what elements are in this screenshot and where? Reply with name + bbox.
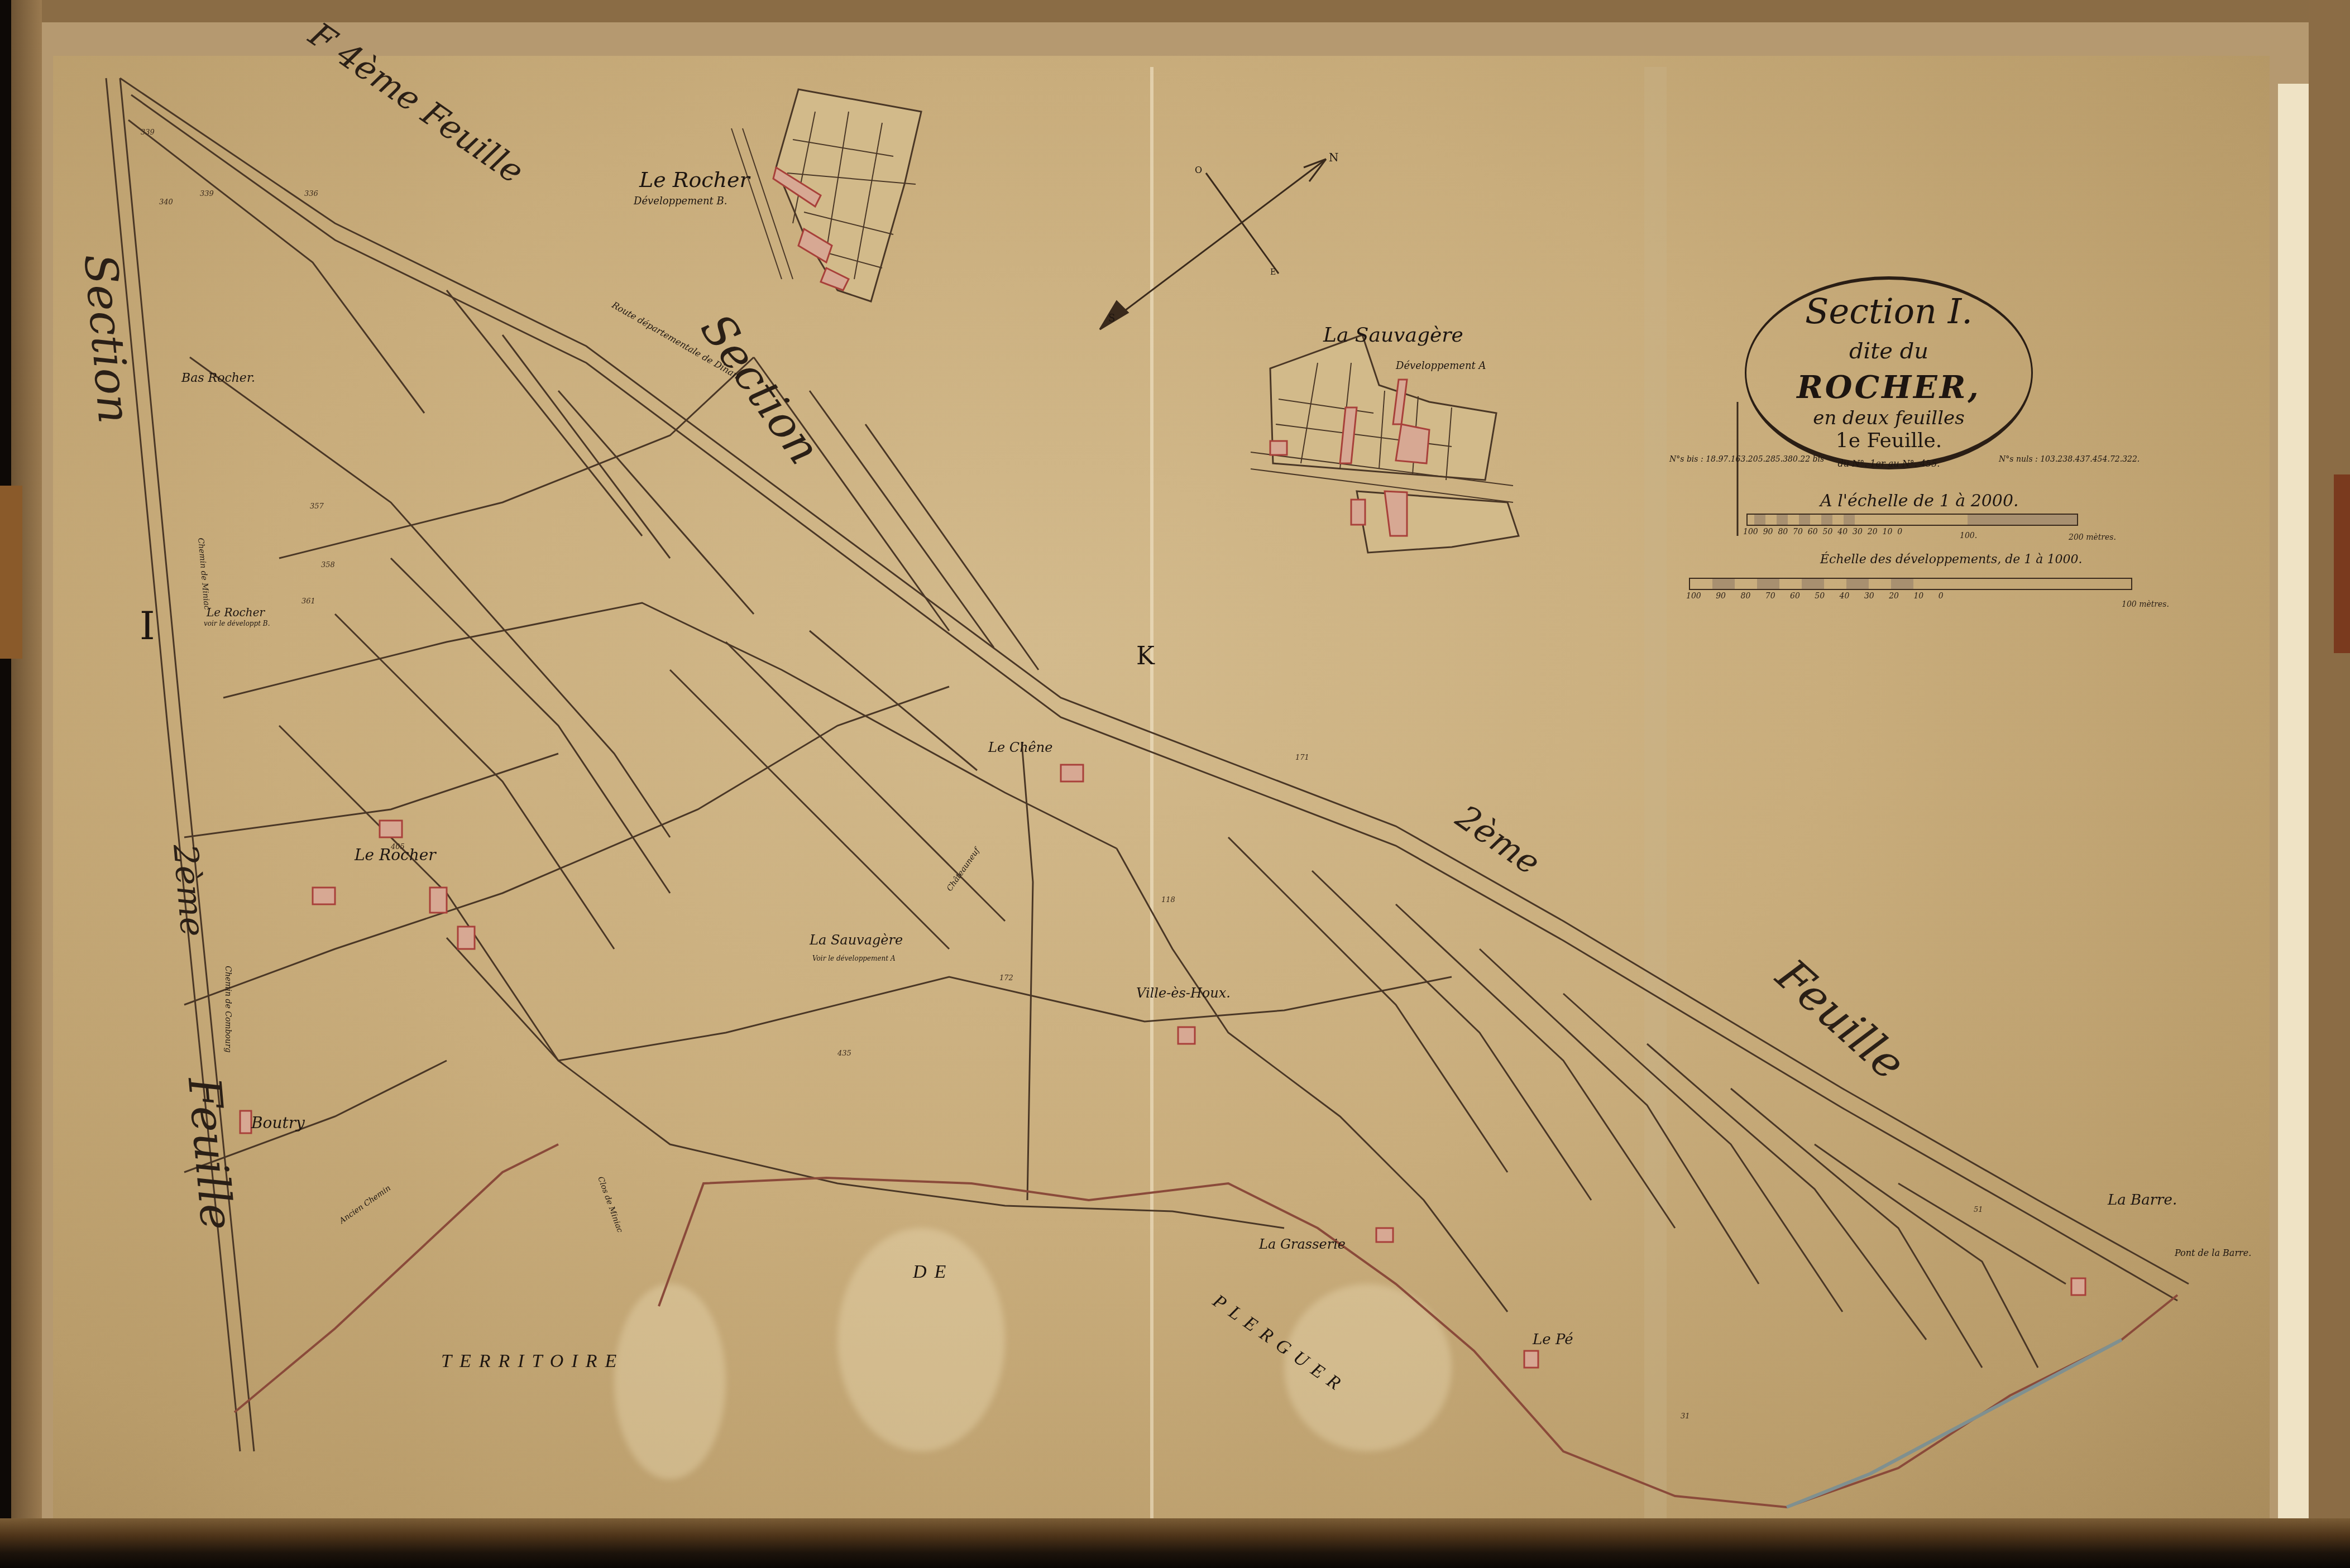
- parcel-number: 435: [837, 1049, 851, 1058]
- parcel-number: 336: [304, 190, 318, 198]
- road-label-combourg: Chemin de Combourg: [223, 966, 232, 1052]
- compass-west-label: O: [1195, 165, 1202, 175]
- parcel-number: 340: [159, 198, 173, 207]
- compass-east-label: E: [1270, 268, 1276, 277]
- place-pont-de-la-barre: Pont de la Barre.: [2175, 1248, 2251, 1258]
- dev-a-title: La Sauvagère: [1323, 324, 1463, 347]
- parcel-bis-note: N°s bis : 18.97.163.205.285.380.22 bis: [1669, 455, 1824, 464]
- parcel-number: 339: [200, 190, 214, 198]
- compass-north-label: N: [1329, 151, 1339, 164]
- parcel-number: 361: [301, 597, 315, 606]
- cartouche-dite-du: dite du: [1746, 338, 2031, 364]
- scale-dev-ticks: 100 90 80 70 60 50 40 30 20 10 0: [1686, 592, 1944, 601]
- territory-word-de: DE: [913, 1262, 954, 1283]
- dev-b-title: Le Rocher: [639, 167, 750, 192]
- place-la-sauvagere-note: Voir le développement A: [812, 955, 896, 962]
- cartouche-section: Section I.: [1746, 291, 2031, 332]
- parcel-number: 357: [310, 502, 324, 511]
- place-le-chene: Le Chêne: [988, 740, 1052, 755]
- parcel-linework: [0, 0, 2350, 1568]
- parcel-number: 358: [321, 561, 335, 569]
- dev-b-subtitle: Développement B.: [634, 195, 727, 207]
- compass-south-label: S: [1108, 313, 1115, 324]
- place-le-rocher-north: Le Rocher: [207, 606, 265, 619]
- parcel-number: 118: [1161, 896, 1175, 904]
- label-section-k: K: [1136, 642, 1155, 670]
- parcel-number: 339: [141, 128, 155, 137]
- scale-main-end: 200 mètres.: [2069, 533, 2116, 542]
- label-section-number: I: [140, 603, 155, 649]
- place-le-rocher-note: voir le développt B.: [204, 620, 270, 627]
- cartouche-rocher: ROCHER,: [1746, 369, 2031, 406]
- parcel-nuls-note: N°s nuls : 103.238.437.454.72.322.: [1999, 455, 2140, 464]
- dev-a-subtitle: Développement A: [1396, 360, 1486, 372]
- place-boutry: Boutry: [251, 1114, 305, 1132]
- map-scan: Section I. dite du ROCHER, en deux feuil…: [0, 0, 2350, 1568]
- place-ville-es-houx: Ville-ès-Houx.: [1136, 985, 1231, 1001]
- scale-dev-end: 100 mètres.: [2122, 600, 2169, 609]
- cartouche-deux-feuilles: en deux feuilles: [1746, 407, 2031, 429]
- scale-bar-main: [1746, 514, 2078, 526]
- parcel-number: 172: [999, 974, 1013, 982]
- territory-word-territoire: TERRITOIRE: [441, 1351, 624, 1372]
- title-cartouche: Section I. dite du ROCHER, en deux feuil…: [1745, 276, 2033, 469]
- parcel-number: 405: [391, 843, 405, 851]
- place-bas-rocher: Bas Rocher.: [181, 371, 255, 385]
- place-le-pe: Le Pé: [1533, 1331, 1573, 1348]
- place-la-sauvagere: La Sauvagère: [810, 932, 903, 948]
- parcel-number: 51: [1974, 1206, 1983, 1214]
- place-la-grasserie: La Grasserie: [1259, 1236, 1346, 1252]
- label-2eme-left: 2ème: [165, 842, 212, 938]
- scale-main-title: A l'échelle de 1 à 2000.: [1820, 491, 2019, 511]
- scale-main-mid: 100.: [1960, 531, 1977, 540]
- place-la-barre: La Barre.: [2108, 1192, 2177, 1209]
- scale-bar-developments: [1689, 578, 2132, 590]
- scale-main-ticks: 100 90 80 70 60 50 40 30 20 10 0: [1743, 528, 1902, 536]
- scale-dev-title: Échelle des développements, de 1 à 1000.: [1820, 553, 2082, 567]
- parcel-number: 31: [1681, 1412, 1690, 1421]
- cartouche-feuille: 1e Feuille.: [1746, 429, 2031, 452]
- parcel-number: 171: [1295, 754, 1309, 762]
